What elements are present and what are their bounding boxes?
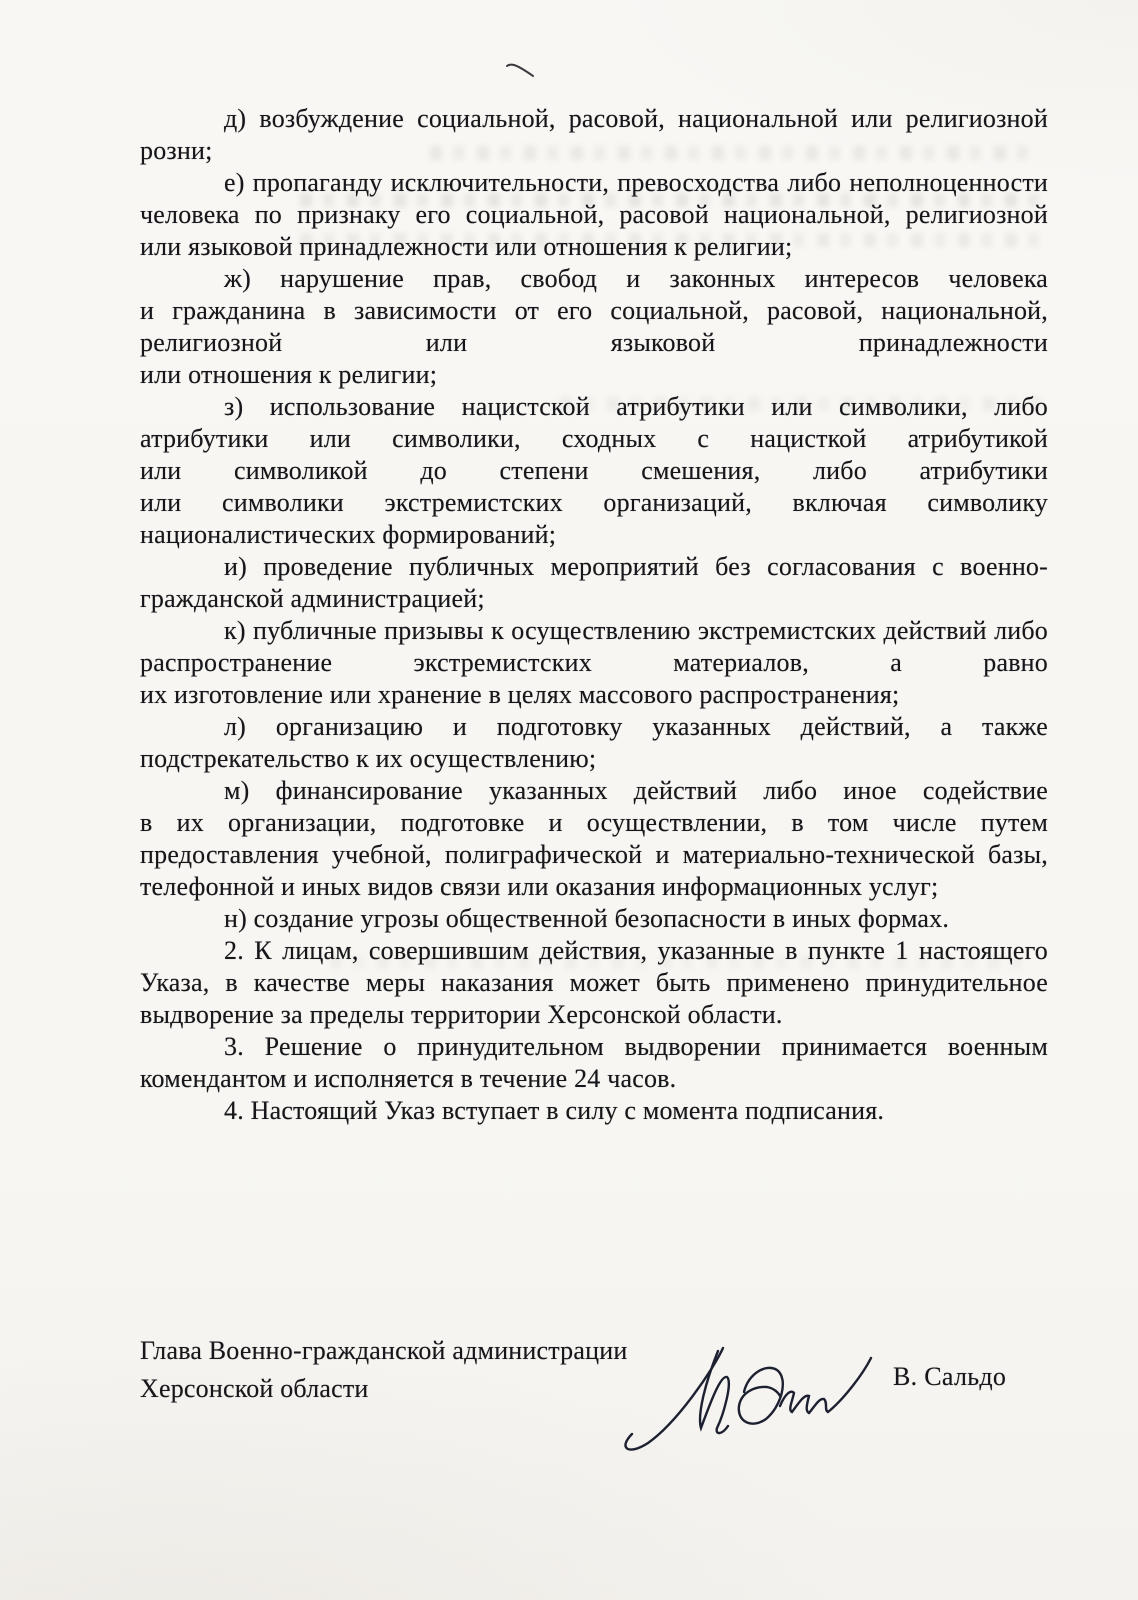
paragraph-item-l: л) организацию и подготовку указанных де… <box>140 711 1048 775</box>
text-line: или символики экстремистских организаций… <box>140 487 1048 519</box>
pen-stroke-mark <box>504 60 538 82</box>
text-line: е) пропаганду исключительности, превосхо… <box>140 167 1048 199</box>
text-line: и гражданина в зависимости от его социал… <box>140 295 1048 327</box>
document-text: д) возбуждение социальной, расовой, наци… <box>140 103 1048 1127</box>
paragraph-item-i: и) проведение публичных мероприятий без … <box>140 551 1048 615</box>
text-line: к) публичные призывы к осуществлению экс… <box>140 615 1048 647</box>
text-line: Указа, в качестве меры наказания может б… <box>140 967 1048 999</box>
text-line: м) финансирование указанных действий либ… <box>140 775 1048 807</box>
paragraph-item-d: д) возбуждение социальной, расовой, наци… <box>140 103 1048 167</box>
paragraph-item-n: н) создание угрозы общественной безопасн… <box>140 903 1048 935</box>
text-line: подстрекательство к их осуществлению; <box>140 743 1048 775</box>
scanned-document-page: д) возбуждение социальной, расовой, наци… <box>0 0 1138 1600</box>
text-line: комендантом и исполняется в течение 24 ч… <box>140 1063 1048 1095</box>
paragraph-item-zh: ж) нарушение прав, свобод и законных инт… <box>140 263 1048 391</box>
text-line: или отношения к религии; <box>140 359 1048 391</box>
text-line: выдворение за пределы территории Херсонс… <box>140 999 1048 1031</box>
text-line: з) использование нацистской атрибутики и… <box>140 391 1048 423</box>
text-line: или символикой до степени смешения, либо… <box>140 455 1048 487</box>
text-line: телефонной и иных видов связи или оказан… <box>140 871 1048 903</box>
text-line: распространение экстремистских материало… <box>140 647 1048 679</box>
text-line: или языковой принадлежности или отношени… <box>140 231 1048 263</box>
signature-block: Глава Военно-гражданской администрации Х… <box>140 1332 1048 1462</box>
paragraph-item-k: к) публичные призывы к осуществлению экс… <box>140 615 1048 711</box>
text-line: 3. Решение о принудительном выдворении п… <box>140 1031 1048 1063</box>
text-line: гражданской администрацией; <box>140 583 1048 615</box>
text-line: и) проведение публичных мероприятий без … <box>140 551 1048 583</box>
text-line: ж) нарушение прав, свобод и законных инт… <box>140 263 1048 295</box>
text-line: 4. Настоящий Указ вступает в силу с моме… <box>140 1095 1048 1127</box>
paragraph-point-4: 4. Настоящий Указ вступает в силу с моме… <box>140 1095 1048 1127</box>
text-line: л) организацию и подготовку указанных де… <box>140 711 1048 743</box>
paragraph-point-2: 2. К лицам, совершившим действия, указан… <box>140 935 1048 1031</box>
text-line: розни; <box>140 135 1048 167</box>
signature <box>620 1336 876 1454</box>
text-line: 2. К лицам, совершившим действия, указан… <box>140 935 1048 967</box>
text-line: националистических формирований; <box>140 519 1048 551</box>
text-line: предоставления учебной, полиграфической … <box>140 839 1048 871</box>
text-line: религиозной или языковой принадлежности <box>140 327 1048 359</box>
text-line: их изготовление или хранение в целях мас… <box>140 679 1048 711</box>
text-line: н) создание угрозы общественной безопасн… <box>140 903 1048 935</box>
text-line: д) возбуждение социальной, расовой, наци… <box>140 103 1048 135</box>
text-line: человека по признаку его социальной, рас… <box>140 199 1048 231</box>
text-line: атрибутики или символики, сходных с наци… <box>140 423 1048 455</box>
paragraph-item-m: м) финансирование указанных действий либ… <box>140 775 1048 903</box>
paragraph-item-e: е) пропаганду исключительности, превосхо… <box>140 167 1048 263</box>
text-line: в их организации, подготовке и осуществл… <box>140 807 1048 839</box>
paragraph-point-3: 3. Решение о принудительном выдворении п… <box>140 1031 1048 1095</box>
paragraph-item-z: з) использование нацистской атрибутики и… <box>140 391 1048 551</box>
signer-name: В. Сальдо <box>893 1362 1006 1392</box>
